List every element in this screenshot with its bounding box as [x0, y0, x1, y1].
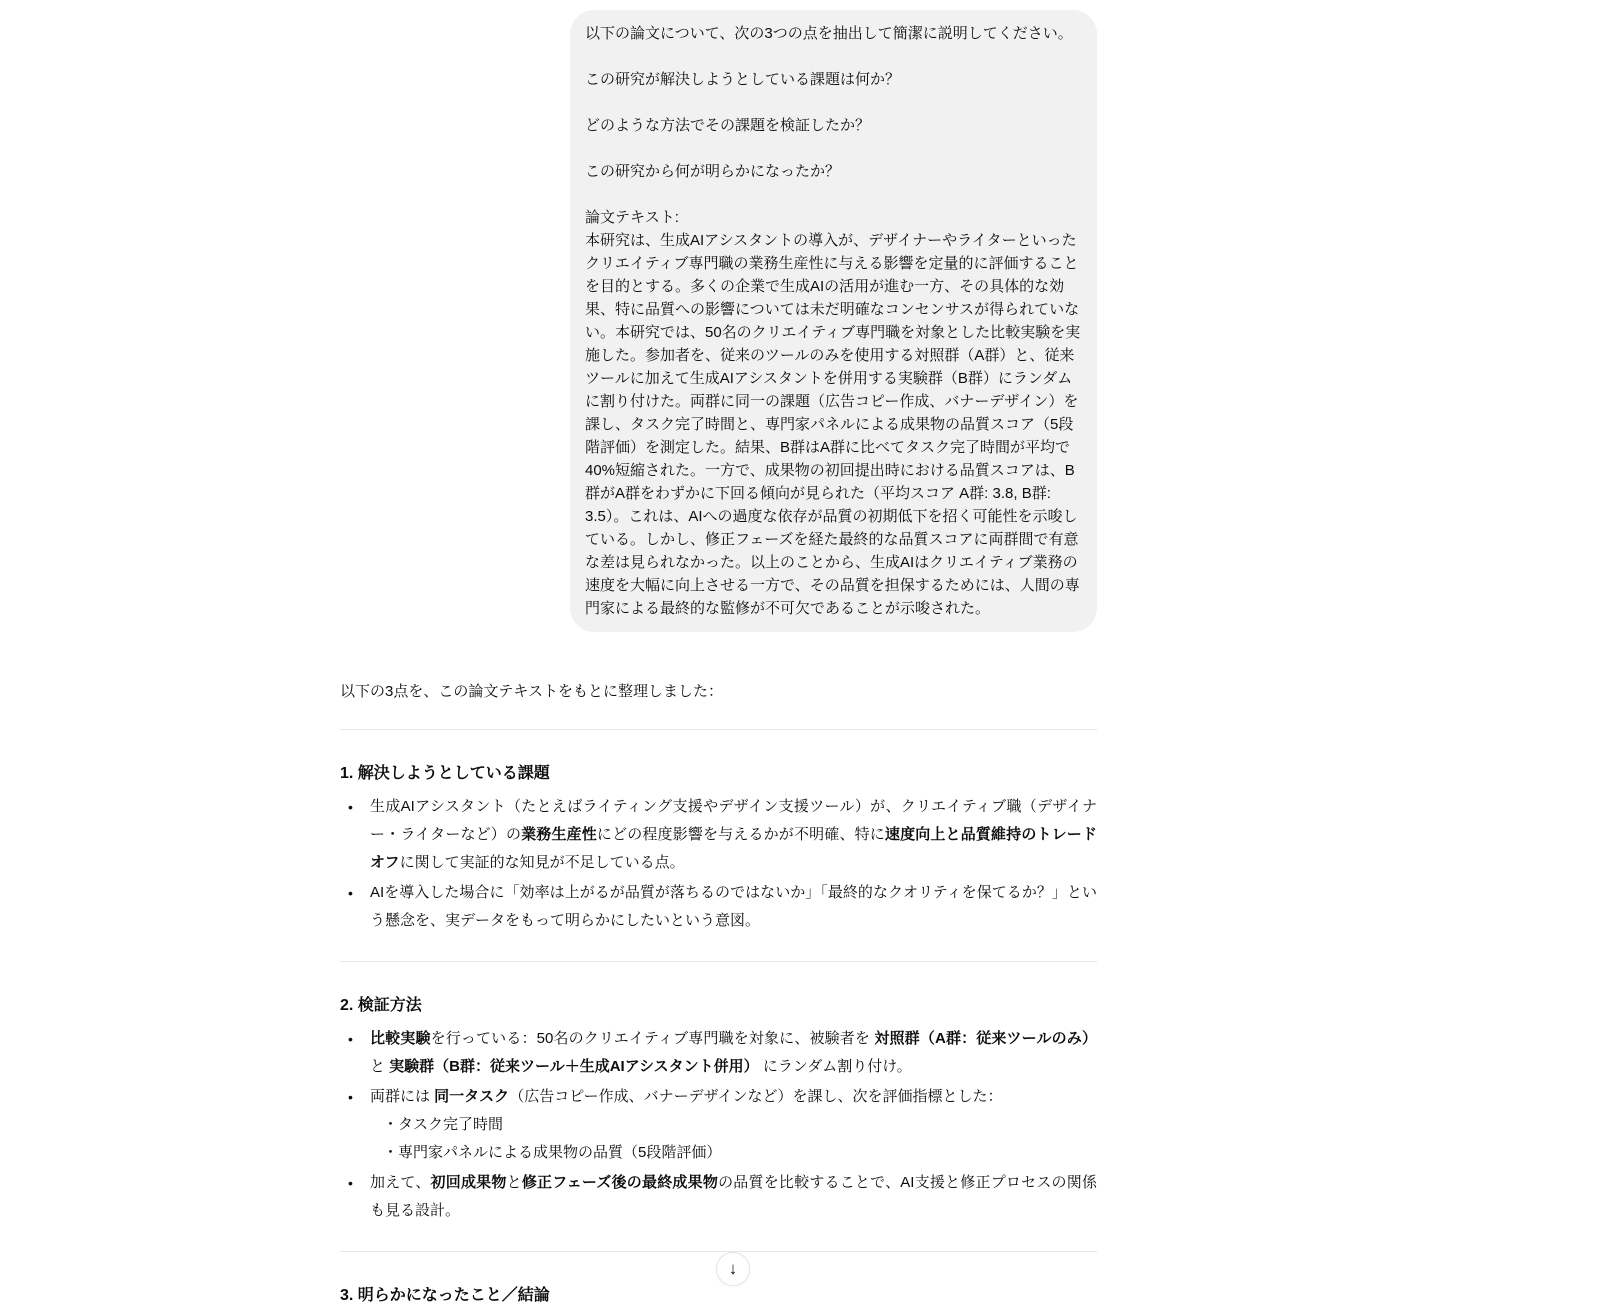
scroll-to-bottom-button[interactable]: ↓: [716, 1252, 750, 1286]
list-item: 加えて、初回成果物と修正フェーズ後の最終成果物の品質を比較することで、AI支援と…: [370, 1169, 1097, 1225]
list-item: 両群には 同一タスク（広告コピー作成、バナーデザインなど）を課し、次を評価指標と…: [370, 1083, 1097, 1167]
section-divider: [340, 961, 1097, 962]
sub-list-item: ・タスク完了時間: [370, 1111, 1097, 1139]
section-2-list: 比較実験を行っている：50名のクリエイティブ専門職を対象に、被験者を 対照群（A…: [340, 1025, 1097, 1225]
user-question-1: この研究が解決しようとしている課題は何か？: [585, 68, 1082, 91]
conversation: 以下の論文について、次の3つの点を抽出して簡潔に説明してください。 この研究が解…: [340, 0, 1097, 1306]
assistant-intro: 以下の3点を、この論文テキストをもとに整理しました：: [340, 680, 1097, 703]
section-divider: [340, 1251, 1097, 1252]
user-message: 以下の論文について、次の3つの点を抽出して簡潔に説明してください。 この研究が解…: [340, 0, 1097, 632]
paper-block: 論文テキスト: 本研究は、生成AIアシスタントの導入が、デザイナーやライターとい…: [585, 206, 1082, 620]
section-divider: [340, 729, 1097, 730]
list-item: 比較実験を行っている：50名のクリエイティブ専門職を対象に、被験者を 対照群（A…: [370, 1025, 1097, 1081]
section-2: 2. 検証方法 比較実験を行っている：50名のクリエイティブ専門職を対象に、被験…: [340, 996, 1097, 1225]
list-item-text: 両群には 同一タスク（広告コピー作成、バナーデザインなど）を課し、次を評価指標と…: [370, 1083, 1097, 1111]
section-1-list: 生成AIアシスタント（たとえばライティング支援やデザイン支援ツール）が、クリエイ…: [340, 793, 1097, 935]
user-message-bubble: 以下の論文について、次の3つの点を抽出して簡潔に説明してください。 この研究が解…: [570, 10, 1097, 632]
paper-text: 本研究は、生成AIアシスタントの導入が、デザイナーやライターといったクリエイティ…: [585, 232, 1080, 617]
user-prompt-line: 以下の論文について、次の3つの点を抽出して簡潔に説明してください。: [585, 22, 1082, 45]
user-question-2: どのような方法でその課題を検証したか？: [585, 114, 1082, 137]
section-1-heading: 1. 解決しようとしている課題: [340, 764, 1097, 784]
section-3: 3. 明らかになったこと／結論: [340, 1286, 1097, 1306]
sub-list-item: ・専門家パネルによる成果物の品質（5段階評価）: [370, 1139, 1097, 1167]
list-item: 生成AIアシスタント（たとえばライティング支援やデザイン支援ツール）が、クリエイ…: [370, 793, 1097, 877]
arrow-down-icon: ↓: [729, 1259, 738, 1279]
chat-page: 以下の論文について、次の3つの点を抽出して簡潔に説明してください。 この研究が解…: [0, 0, 1600, 1306]
paper-label: 論文テキスト:: [585, 209, 679, 226]
assistant-message: 以下の3点を、この論文テキストをもとに整理しました： 1. 解決しようとしている…: [340, 680, 1097, 1306]
list-item: AIを導入した場合に「効率は上がるが品質が落ちるのではないか」「最終的なクオリテ…: [370, 879, 1097, 935]
section-3-heading: 3. 明らかになったこと／結論: [340, 1286, 1097, 1306]
section-1: 1. 解決しようとしている課題 生成AIアシスタント（たとえばライティング支援や…: [340, 764, 1097, 935]
section-2-heading: 2. 検証方法: [340, 996, 1097, 1016]
user-question-3: この研究から何が明らかになったか？: [585, 160, 1082, 183]
